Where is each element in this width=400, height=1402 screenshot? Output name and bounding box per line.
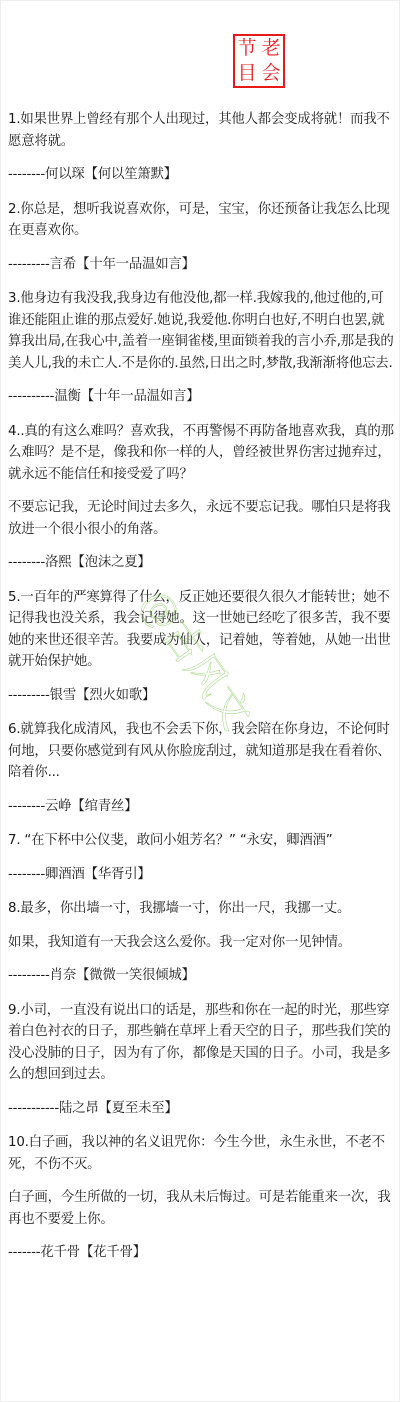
quote-text: 10.白子画，我以神的名义诅咒你：今生今世，永生永世，不老不死，不伤不灭。 <box>8 1132 394 1175</box>
quote-text: 9.小司，一直没有说出口的话是，那些和你在一起的时光，那些穿着白色衬衣的日子，那… <box>8 1000 394 1086</box>
quote-text: 3.他身边有我没我,我身边有他没他,都一样.我嫁我的,他过他的,可谁还能阻止谁的… <box>8 288 394 374</box>
quote-text: 4..真的有这么难吗？喜欢我，不再警惕不再防备地喜欢我，真的那么难吗？是不是，像… <box>8 421 394 486</box>
quote-6: 6.就算我化成清风，我也不会丢下你，我会陪在你身边，不论何时何地，只要你感觉到有… <box>8 719 394 817</box>
quote-signature: --------卿酒酒【华胥引】 <box>8 864 394 886</box>
seal-char: 会 <box>259 61 283 86</box>
quote-9: 9.小司，一直没有说出口的话是，那些和你在一起的时光，那些穿着白色衬衣的日子，那… <box>8 1000 394 1120</box>
quote-signature: -----------陆之昂【夏至未至】 <box>8 1098 394 1120</box>
quote-signature: ---------肖奈【微微一笑很倾城】 <box>8 965 394 987</box>
quote-3: 3.他身边有我没我,我身边有他没他,都一样.我嫁我的,他过他的,可谁还能阻止谁的… <box>8 288 394 408</box>
quote-signature: --------洛熙【泡沫之夏】 <box>8 552 394 574</box>
seal-char: 节 <box>235 36 259 61</box>
quote-4: 4..真的有这么难吗？喜欢我，不再警惕不再防备地喜欢我，真的那么难吗？是不是，像… <box>8 421 394 574</box>
quote-text: 2.你总是，想听我说喜欢你，可是，宝宝，你还预备让我怎么比现在更喜欢你。 <box>8 199 394 242</box>
quote-signature: ----------温衡【十年一品温如言】 <box>8 386 394 408</box>
quote-10: 10.白子画，我以神的名义诅咒你：今生今世，永生永世，不老不死，不伤不灭。 白子… <box>8 1132 394 1264</box>
quote-signature: -------花千骨【花千骨】 <box>8 1242 394 1264</box>
quote-text: 6.就算我化成清风，我也不会丢下你，我会陪在你身边，不论何时何地，只要你感觉到有… <box>8 719 394 784</box>
quote-text: 7. “在下杯中公仪斐，敢问小姐芳名？” “永安，卿酒酒” <box>8 830 394 852</box>
quote-text: 5.一百年的严寒算得了什么，反正她还要很久很久才能转世；她不记得我也没关系，我会… <box>8 587 394 673</box>
quote-text: 8.最多，你出墙一寸，我挪墙一寸，你出一尺，我挪一丈。 <box>8 898 394 920</box>
quote-text: 白子画，今生所做的一切，我从未后悔过。可是若能重来一次，我再也不要爱上你。 <box>8 1187 394 1230</box>
quote-text: 1.如果世界上曾经有那个人出现过，其他人都会变成将就！而我不愿意将就。 <box>8 109 394 152</box>
quote-signature: ---------银雪【烈火如歌】 <box>8 685 394 707</box>
quote-signature: --------何以琛【何以笙箫默】 <box>8 164 394 186</box>
quote-signature: ---------言希【十年一品温如言】 <box>8 254 394 276</box>
seal-stamp-logo: 老 节 会 目 <box>233 34 285 88</box>
quote-1: 1.如果世界上曾经有那个人出现过，其他人都会变成将就！而我不愿意将就。 ----… <box>8 109 394 186</box>
quote-text: 不要忘记我，无论时间过去多久，永远不要忘记我。哪怕只是将我放进一个很小很小的角落… <box>8 497 394 540</box>
quote-text: 如果，我知道有一天我会这么爱你。我一定对你一见钟情。 <box>8 932 394 954</box>
quote-list: 1.如果世界上曾经有那个人出现过，其他人都会变成将就！而我不愿意将就。 ----… <box>8 109 394 1277</box>
quote-signature: --------云峥【绾青丝】 <box>8 796 394 818</box>
quote-8: 8.最多，你出墙一寸，我挪墙一寸，你出一尺，我挪一丈。 如果，我知道有一天我会这… <box>8 898 394 987</box>
quote-5: 5.一百年的严寒算得了什么，反正她还要很久很久才能转世；她不记得我也没关系，我会… <box>8 587 394 707</box>
quote-7: 7. “在下杯中公仪斐，敢问小姐芳名？” “永安，卿酒酒” --------卿酒… <box>8 830 394 885</box>
seal-char: 目 <box>235 61 259 86</box>
quote-2: 2.你总是，想听我说喜欢你，可是，宝宝，你还预备让我怎么比现在更喜欢你。 ---… <box>8 199 394 276</box>
seal-char: 老 <box>259 36 283 61</box>
